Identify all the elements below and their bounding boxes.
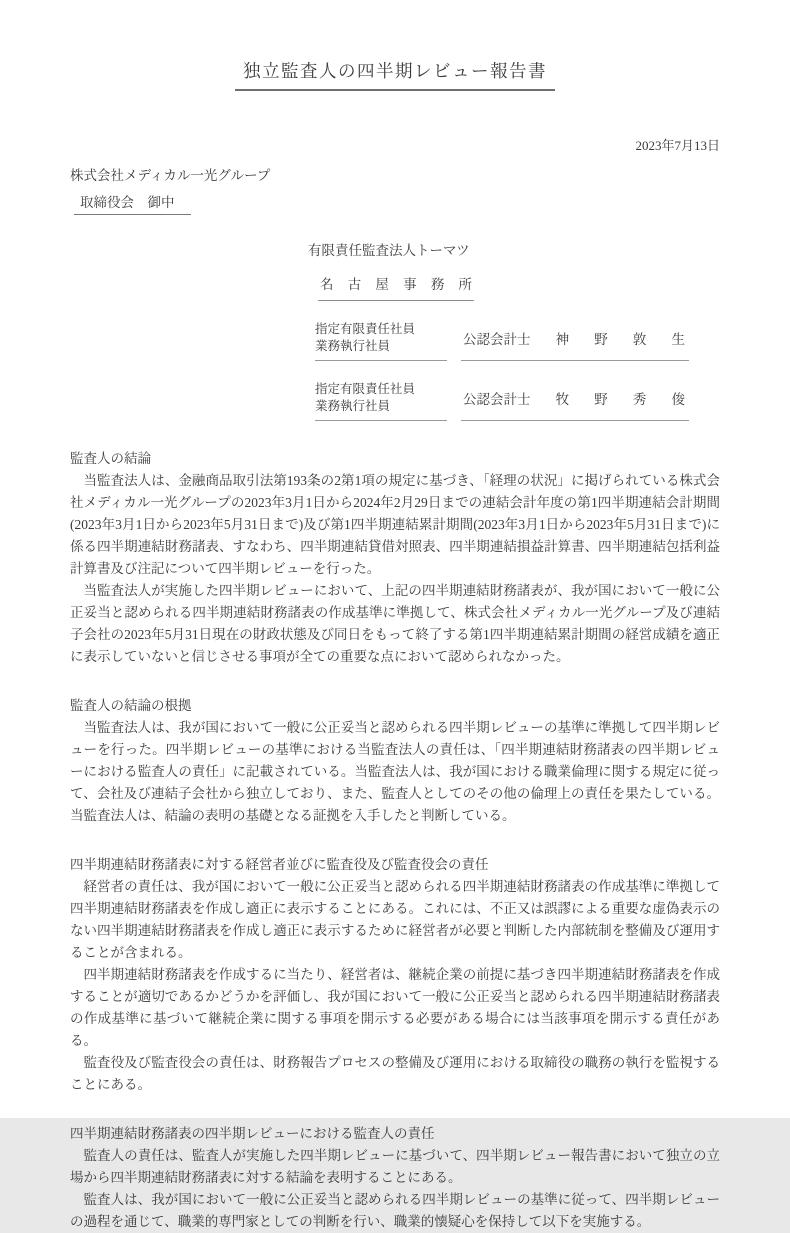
signatory-name-char: 野 (594, 388, 608, 408)
addressee-company: 株式会社メディカル一光グループ (70, 164, 720, 184)
signature-block-1: 指定有限責任社員 業務執行社員 公認会計士 神 野 敦 生 (315, 321, 720, 361)
section-basis-for-conclusion: 監査人の結論の根拠 当監査法人は、我が国において一般に公正妥当と認められる四半期… (70, 695, 720, 827)
section-auditor-conclusion: 監査人の結論 当監査法人は、金融商品取引法第193条の2第1項の規定に基づき、「… (70, 448, 720, 668)
section-heading: 監査人の結論 (70, 448, 720, 470)
section-heading: 四半期連結財務諸表の四半期レビューにおける監査人の責任 (70, 1123, 720, 1145)
paragraph: 当監査法人が実施した四半期レビューにおいて、上記の四半期連結財務諸表が、我が国に… (70, 580, 720, 668)
signatory-name: 公認会計士 神 野 敦 生 (461, 321, 689, 361)
page-title: 独立監査人の四半期レビュー報告書 (235, 58, 555, 91)
signatory-name-char: 野 (594, 328, 608, 348)
addressee-recipient-label: 取締役会 御中 (74, 191, 191, 215)
section-management-responsibility: 四半期連結財務諸表に対する経営者並びに監査役及び監査役会の責任 経営者の責任は、… (70, 854, 720, 1096)
paragraph: 監査役及び監査役会の責任は、財務報告プロセスの整備及び運用における取締役の職務の… (70, 1052, 720, 1096)
signatory-role-line1: 指定有限責任社員 (315, 321, 447, 338)
signatory-name-char: 敦 (633, 328, 647, 348)
signatory-name-char: 生 (672, 328, 686, 348)
office-char: 所 (458, 273, 472, 293)
paragraph: 四半期連結財務諸表を作成するに当たり、経営者は、継続企業の前提に基づき四半期連結… (70, 964, 720, 1052)
office-char: 事 (403, 273, 417, 293)
signatory-role: 指定有限責任社員 業務執行社員 (315, 321, 447, 361)
audit-firm-block: 有限責任監査法人トーマツ 名 古 屋 事 務 所 (308, 239, 720, 301)
section-auditor-responsibility: 四半期連結財務諸表の四半期レビューにおける監査人の責任 監査人の責任は、監査人が… (70, 1123, 720, 1233)
paragraph: 監査人の責任は、監査人が実施した四半期レビューに基づいて、四半期レビュー報告書に… (70, 1145, 720, 1189)
office-char: 務 (431, 273, 445, 293)
audit-report-page: 独立監査人の四半期レビュー報告書 2023年7月13日 株式会社メディカル一光グ… (0, 0, 790, 1118)
section-heading: 四半期連結財務諸表に対する経営者並びに監査役及び監査役会の責任 (70, 854, 720, 876)
signatory-name-char: 秀 (633, 388, 647, 408)
signatory-role-line2: 業務執行社員 (315, 398, 447, 415)
report-date: 2023年7月13日 (70, 135, 720, 154)
section-heading: 監査人の結論の根拠 (70, 695, 720, 717)
signatory-name-char: 牧 (556, 388, 570, 408)
office-char: 屋 (375, 273, 389, 293)
addressee-recipient: 取締役会 御中 (74, 191, 720, 215)
signatory-role-line1: 指定有限責任社員 (315, 381, 447, 398)
signatory-qualification: 公認会計士 (463, 328, 531, 348)
office-char: 古 (348, 273, 362, 293)
signatory-name: 公認会計士 牧 野 秀 俊 (461, 381, 689, 421)
paragraph: 当監査法人は、金融商品取引法第193条の2第1項の規定に基づき、「経理の状況」に… (70, 470, 720, 580)
paragraph: 経営者の責任は、我が国において一般に公正妥当と認められる四半期連結財務諸表の作成… (70, 876, 720, 964)
signatory-name-char: 神 (556, 328, 570, 348)
signatory-name-char: 俊 (672, 388, 686, 408)
signatory-role-line2: 業務執行社員 (315, 338, 447, 355)
signature-block-2: 指定有限責任社員 業務執行社員 公認会計士 牧 野 秀 俊 (315, 381, 720, 421)
audit-firm-office: 名 古 屋 事 務 所 (318, 273, 474, 301)
audit-firm-name: 有限責任監査法人トーマツ (308, 239, 720, 259)
signatory-qualification: 公認会計士 (463, 388, 531, 408)
paragraph: 監査人は、我が国において一般に公正妥当と認められる四半期レビューの基準に従って、… (70, 1189, 720, 1233)
signatory-role: 指定有限責任社員 業務執行社員 (315, 381, 447, 421)
paragraph: 当監査法人は、我が国において一般に公正妥当と認められる四半期レビューの基準に準拠… (70, 717, 720, 827)
office-char: 名 (320, 273, 334, 293)
title-wrap: 独立監査人の四半期レビュー報告書 (70, 58, 720, 91)
